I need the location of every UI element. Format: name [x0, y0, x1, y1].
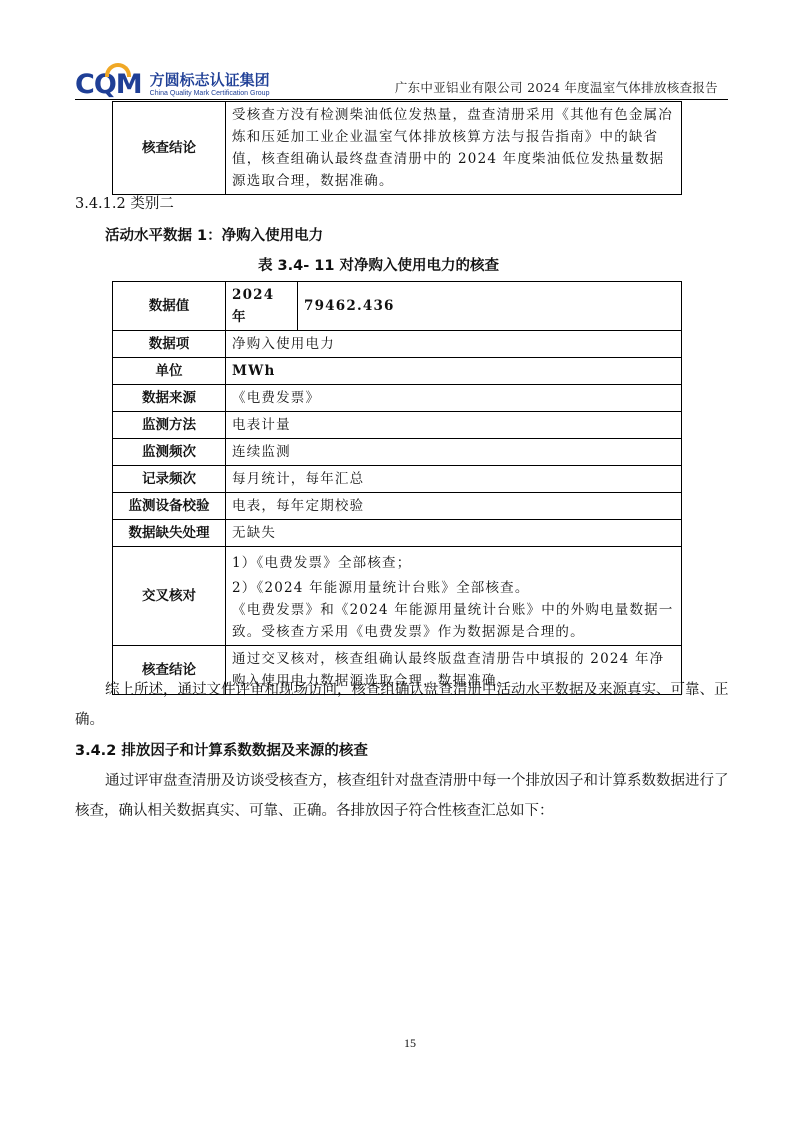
row-value: 连续监测 [226, 439, 682, 466]
section-heading-342: 3.4.2 排放因子和计算系数数据及来源的核查 [75, 739, 368, 760]
table-row: 数据来源 《电费发票》 [113, 385, 682, 412]
row-label: 监测方法 [113, 412, 226, 439]
row-label: 数据来源 [113, 385, 226, 412]
cross-check-line-3: 《电费发票》和《2024 年能源用量统计台账》中的外购电量数据一致。受核查方采用… [232, 599, 675, 643]
table-row: 监测设备校验 电表，每年定期校验 [113, 493, 682, 520]
logo-mark: CQM [75, 70, 142, 100]
electricity-verification-table: 数据值 2024 年 79462.436 数据项 净购入使用电力 单位 MWh … [112, 281, 682, 695]
data-value: 79462.436 [298, 282, 682, 331]
table-row: 数据缺失处理 无缺失 [113, 520, 682, 547]
logo-cn-text: 方圆标志认证集团 [150, 71, 270, 89]
summary-paragraph: 综上所述，通过文件评审和现场访问，核查组确认盘查清册中活动水平数据及来源真实、可… [75, 675, 735, 735]
logo-en-text: China Quality Mark Certification Group [150, 89, 270, 98]
cross-check-value: 1）《电费发票》全部核查； 2）《2024 年能源用量统计台账》全部核查。 《电… [226, 547, 682, 646]
row-label: 交叉核对 [113, 547, 226, 646]
row-value: 受核查方没有检测柴油低位发热量，盘查清册采用《其他有色金属冶炼和压延加工业企业温… [226, 102, 682, 195]
row-value: 无缺失 [226, 520, 682, 547]
row-value: MWh [226, 358, 682, 385]
table-row: 记录频次 每月统计，每年汇总 [113, 466, 682, 493]
activity-data-subheading: 活动水平数据 1：净购入使用电力 [105, 224, 323, 245]
report-title: 广东中亚铝业有限公司 2024 年度温室气体排放核查报告 [395, 78, 718, 96]
table-row: 数据项 净购入使用电力 [113, 331, 682, 358]
cross-check-line-1: 1）《电费发票》全部核查； [232, 549, 675, 577]
table-row: 数据值 2024 年 79462.436 [113, 282, 682, 331]
row-label: 数据缺失处理 [113, 520, 226, 547]
page-header: CQM 方圆标志认证集团 China Quality Mark Certific… [75, 60, 718, 100]
table-row: 核查结论 受核查方没有检测柴油低位发热量，盘查清册采用《其他有色金属冶炼和压延加… [113, 102, 682, 195]
row-label: 数据值 [113, 282, 226, 331]
row-value: 净购入使用电力 [226, 331, 682, 358]
previous-table-continuation: 核查结论 受核查方没有检测柴油低位发热量，盘查清册采用《其他有色金属冶炼和压延加… [112, 101, 682, 195]
table-row: 单位 MWh [113, 358, 682, 385]
page-number: 15 [404, 1036, 416, 1051]
table-row: 交叉核对 1）《电费发票》全部核查； 2）《2024 年能源用量统计台账》全部核… [113, 547, 682, 646]
row-value: 每月统计，每年汇总 [226, 466, 682, 493]
table-caption: 表 3.4- 11 对净购入使用电力的核查 [258, 254, 499, 275]
row-label: 核查结论 [113, 102, 226, 195]
cross-check-line-2: 2）《2024 年能源用量统计台账》全部核查。 [232, 577, 675, 599]
row-label: 数据项 [113, 331, 226, 358]
row-label: 记录频次 [113, 466, 226, 493]
row-label: 单位 [113, 358, 226, 385]
logo-arc-icon [105, 63, 131, 77]
header-divider [75, 99, 728, 100]
table-row: 监测频次 连续监测 [113, 439, 682, 466]
row-value: 电表计量 [226, 412, 682, 439]
section-heading-3412: 3.4.1.2 类别二 [75, 192, 174, 213]
section-342-paragraph: 通过评审盘查清册及访谈受核查方，核查组针对盘查清册中每一个排放因子和计算系数数据… [75, 766, 735, 826]
row-value: 《电费发票》 [226, 385, 682, 412]
cqm-logo: CQM 方圆标志认证集团 China Quality Mark Certific… [75, 60, 270, 100]
row-label: 监测频次 [113, 439, 226, 466]
row-value: 电表，每年定期校验 [226, 493, 682, 520]
data-year: 2024 年 [226, 282, 298, 331]
row-label: 监测设备校验 [113, 493, 226, 520]
table-row: 监测方法 电表计量 [113, 412, 682, 439]
